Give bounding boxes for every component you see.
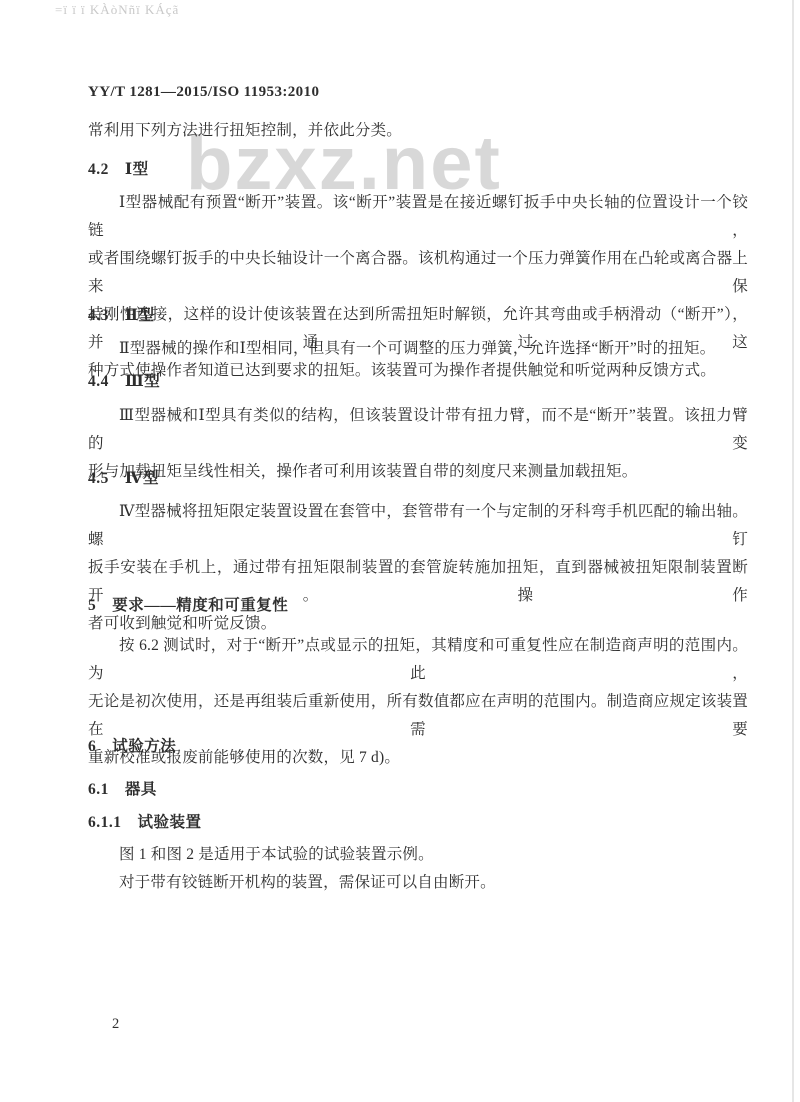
paragraph-line: Ⅰ型器械配有预置“断开”装置。该“断开”装置是在接近螺钉扳手中央长轴的位置设计一… [88,189,748,245]
page-content: YY/T 1281—2015/ISO 11953:2010 常利用下列方法进行扭… [0,0,800,1102]
section-heading-5: 5 要求——精度和可重复性 [88,593,748,615]
paragraph-line: Ⅳ型器械将扭矩限定装置设置在套管中，套管带有一个与定制的牙科弯手机匹配的输出轴。… [88,498,748,554]
section-heading-4-3: 4.3 Ⅱ型 [88,303,748,325]
section-heading-6-1-1: 6.1.1 试验装置 [88,810,748,832]
document-code-header: YY/T 1281—2015/ISO 11953:2010 [88,84,748,101]
paragraph-line: 或者围绕螺钉扳手的中央长轴设计一个离合器。该机构通过一个压力弹簧作用在凸轮或离合… [88,245,748,301]
section-4-3-paragraph: Ⅱ型器械的操作和Ⅰ型相同，但具有一个可调整的压力弹簧，允许选择“断开”时的扭矩。 [88,335,748,363]
paragraph-line: 图 1 和图 2 是适用于本试验的试验装置示例。 [88,841,748,869]
section-heading-4-4: 4.4 Ⅲ型 [88,369,748,391]
intro-line: 常利用下列方法进行扭矩控制，并依此分类。 [88,117,748,145]
section-heading-6-1: 6.1 器具 [88,777,748,799]
paragraph-line: 按 6.2 测试时，对于“断开”点或显示的扭矩，其精度和可重复性应在制造商声明的… [88,632,748,688]
paragraph-line: Ⅲ型器械和Ⅰ型具有类似的结构，但该装置设计带有扭力臂，而不是“断开”装置。该扭力… [88,402,748,458]
paragraph-line: 对于带有铰链断开机构的装置，需保证可以自由断开。 [88,869,748,897]
scanned-document-page: =ï ï ï KÀòNñï KÁçã bzxz.net YY/T 1281—20… [0,0,800,1102]
section-heading-4-2: 4.2 Ⅰ型 [88,157,748,179]
section-heading-4-5: 4.5 Ⅳ型 [88,466,748,488]
section-heading-6: 6 试验方法 [88,734,748,756]
section-6-1-1-paragraph: 图 1 和图 2 是适用于本试验的试验装置示例。 对于带有铰链断开机构的装置，需… [88,841,748,897]
paragraph-line: Ⅱ型器械的操作和Ⅰ型相同，但具有一个可调整的压力弹簧，允许选择“断开”时的扭矩。 [88,335,748,363]
page-number: 2 [112,1016,119,1033]
section-4-5-paragraph: Ⅳ型器械将扭矩限定装置设置在套管中，套管带有一个与定制的牙科弯手机匹配的输出轴。… [88,498,748,638]
